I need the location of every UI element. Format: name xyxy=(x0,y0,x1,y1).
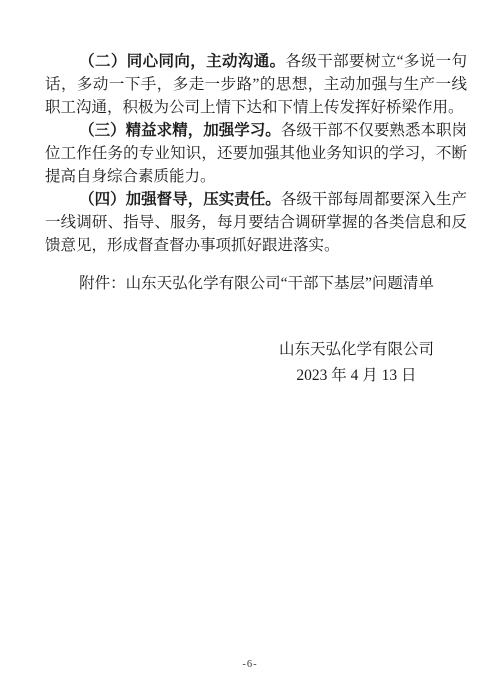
attachment-line: 附件：山东天弘化学有限公司“干部下基层”问题清单 xyxy=(45,272,467,295)
signature-block: 山东天弘化学有限公司 2023 年 4 月 13 日 xyxy=(279,337,434,388)
signature-date: 2023 年 4 月 13 日 xyxy=(279,363,434,389)
page-number: -6- xyxy=(0,659,500,670)
paragraph-section-2: （二）同心同向，主动沟通。各级干部要树立“多说一句话，多动一下手，多走一步路”的… xyxy=(45,50,467,119)
paragraph-heading: （三）精益求精，加强学习。 xyxy=(79,122,281,139)
attachment-title: 山东天弘化学有限公司“干部下基层”问题清单 xyxy=(126,275,434,292)
signature-company: 山东天弘化学有限公司 xyxy=(279,337,434,363)
document-page: （二）同心同向，主动沟通。各级干部要树立“多说一句话，多动一下手，多走一步路”的… xyxy=(0,0,500,700)
attachment-label: 附件： xyxy=(79,275,126,292)
paragraph-heading: （二）同心同向，主动沟通。 xyxy=(79,53,285,70)
paragraph-heading: （四）加强督导，压实责任。 xyxy=(79,191,281,208)
paragraph-section-4: （四）加强督导，压实责任。各级干部每周都要深入生产一线调研、指导、服务，每月要结… xyxy=(45,188,467,257)
paragraph-section-3: （三）精益求精，加强学习。各级干部不仅要熟悉本职岗位工作任务的专业知识，还要加强… xyxy=(45,119,467,188)
document-body: （二）同心同向，主动沟通。各级干部要树立“多说一句话，多动一下手，多走一步路”的… xyxy=(45,50,467,257)
